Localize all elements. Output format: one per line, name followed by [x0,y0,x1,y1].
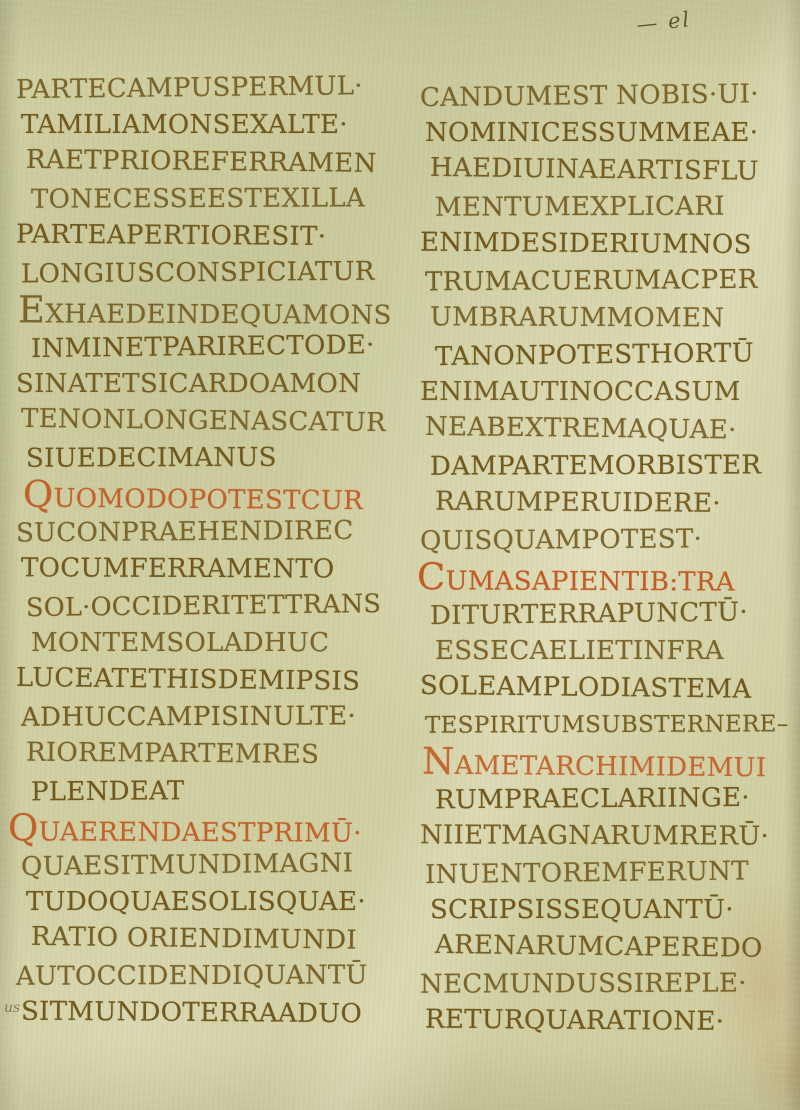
text-line: SUCONPRAEHENDIREC [16,513,394,553]
text-line: EXHAEDEINDEQUAMONS [18,291,394,329]
text-line: MONTEMSOLADHUC [31,625,394,662]
text-line: RARUMPERUIDERE· [435,484,794,524]
rubric-line: QUOMODOPOTESTCUR [23,476,394,516]
text-line: CANDUMEST NOBIS·UI· [420,76,794,117]
text-line: PARTECAMPUSPERMUL· [16,68,394,109]
text-line: NOMINICESSUMMEAE· [425,115,794,152]
margin-note-gloss: us [4,1000,20,1016]
text-line: TAMILIAMONSEXALTE· [21,107,394,144]
text-line: ESSECAELIETINFRA [435,633,794,670]
text-line: TOCUMFERRAMENTO [21,550,394,588]
manuscript-page: — el PARTECAMPUSPERMUL·TAMILIAMONSEXALTE… [0,0,800,1110]
text-line: QUAESITMUNDIMAGNI [21,845,394,886]
text-line: RATIO ORIENDIMUNDI [31,919,394,960]
text-line: TONECESSEESTEXILLA [31,180,394,218]
text-line: ENIMAUTINOCCASUM [420,374,794,411]
text-line: RAETPRIOREFERRAMEN [26,142,394,183]
text-line: TANONPOTESTHORTŪ [435,335,794,376]
text-line: ADHUCCAMPISINULTE· [21,698,394,736]
text-line: RETURQUARATIONE· [425,1002,794,1042]
text-line: RIOREMPARTEMRES [26,735,394,775]
text-line: TRUMACUERUMACPER [425,262,794,302]
text-line: LUCEATETHISDEMIPSIS [16,660,394,701]
text-line: UMBRARUMMOMEN [430,299,794,337]
text-line: QUISQUAMPOTEST· [420,521,794,561]
text-line: NEABEXTREMAQUAE· [425,409,794,450]
text-column-right: CANDUMEST NOBIS·UI·NOMINICESSUMMEAE·HAED… [420,78,794,1040]
text-line: ARENARUMCAPEREDO [435,927,794,968]
text-line: NIIETMAGNARUMRERŪ· [420,817,794,855]
text-line: AUTOCCIDENDIQUANTŪ [16,957,394,995]
text-line: MENTUMEXPLICARI [435,188,794,226]
text-line: LONGIUSCONSPICIATUR [21,254,394,294]
text-line: TESPIRITUMSUBSTERNERE– [425,706,794,744]
folio-mark: — el [635,0,800,37]
text-line: ENIMDESIDERIUMNOS [420,225,794,265]
text-line: TUDOQUAESOLISQUAE· [26,884,394,921]
text-line: SCRIPSISSEQUANTŪ· [430,892,794,929]
text-line: DAMPARTEMORBISTER [430,447,794,485]
text-line: DITURTERRAPUNCTŪ· [430,594,794,635]
text-column-left: PARTECAMPUSPERMUL·TAMILIAMONSEXALTE·RAET… [16,70,394,1032]
text-line: RUMPRAECLARIINGE· [435,780,794,820]
text-line: SOL·OCCIDERITETTRANS [26,586,394,627]
text-line: SIUEDECIMANUS [26,439,394,477]
rubric-line: NAMETARCHIMIDEMUI [422,743,794,783]
text-line: PARTEAPERTIORESIT· [16,217,394,257]
text-line: HAEDIUINAEARTISFLU [430,150,794,191]
text-line: TENONLONGENASCATUR [21,401,394,442]
text-line: SINATETSICARDOAMON [16,366,394,403]
rubric-line: CUMASAPIENTIB:TRA [417,558,794,596]
text-line: SITMUNDOTERRAADUO [21,994,394,1034]
rubric-line: QUAERENDAESTPRIMŪ· [8,809,394,847]
text-line: NECMUNDUSSIREPLE· [420,965,794,1003]
text-line: PLENDEAT [31,772,394,812]
text-line: INMINETPARIRECTODE· [31,327,394,368]
text-line: SOLEAMPLODIASTEMA [420,668,794,709]
text-line: INUENTOREMFERUNT [425,853,794,894]
